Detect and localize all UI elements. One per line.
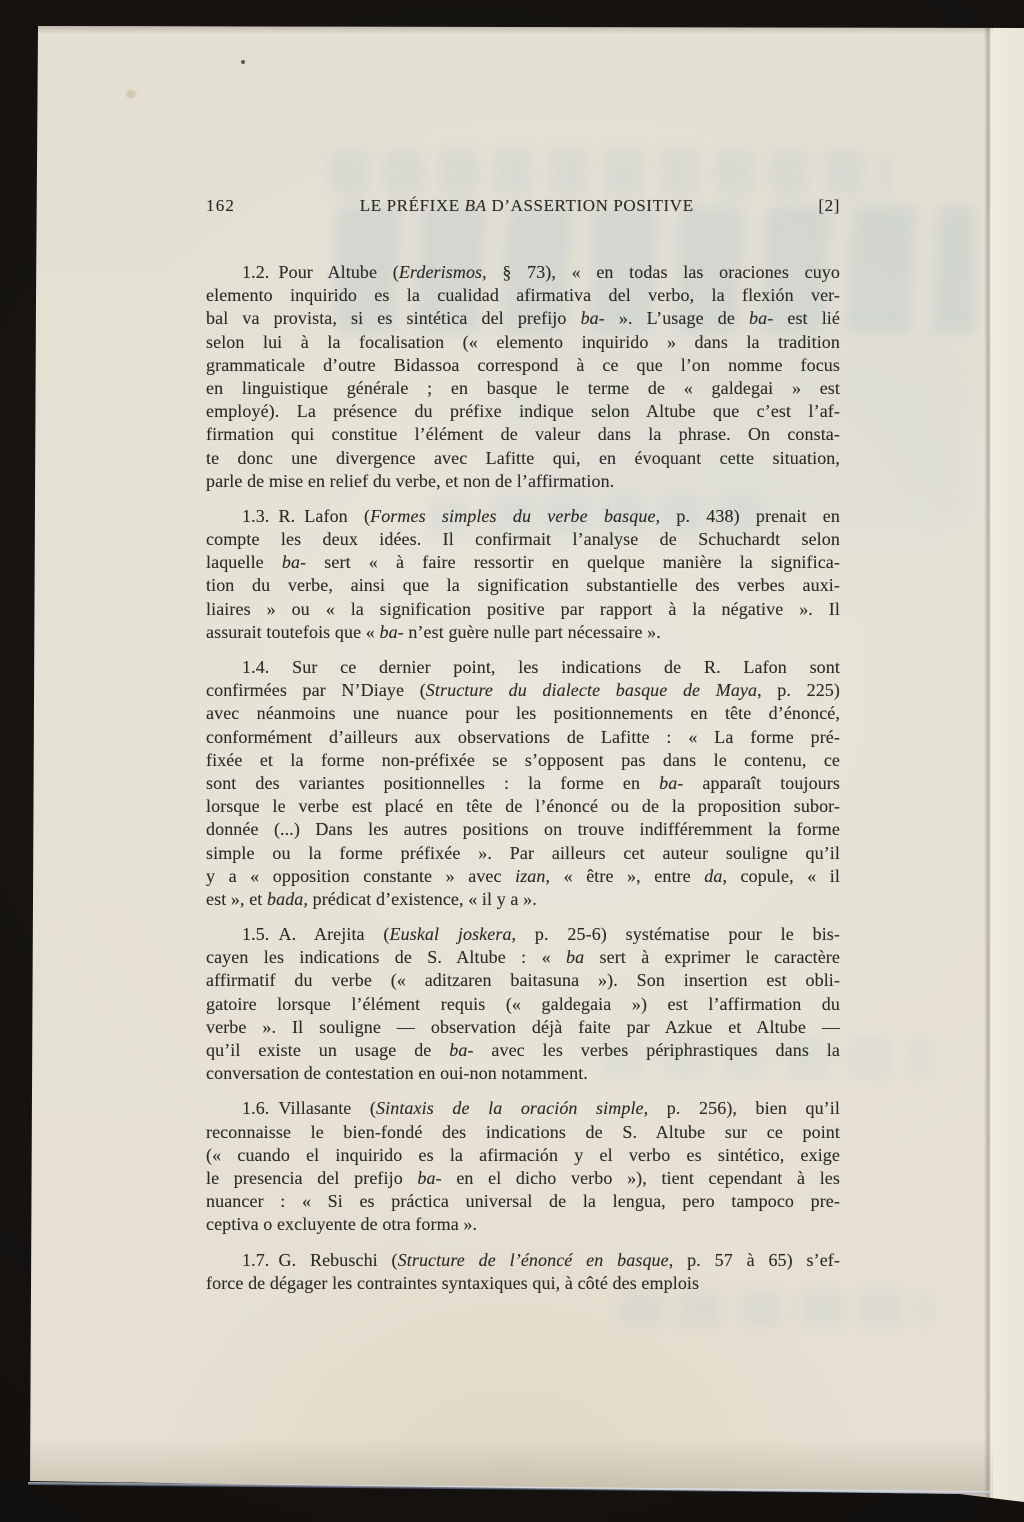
text-line: affirmatif du verbe (« aditzaren baitasu… xyxy=(206,969,840,992)
text-run: conformément d’ailleurs aux observations… xyxy=(206,727,840,747)
text-line: tion du verbe, ainsi que la significatio… xyxy=(206,574,840,597)
text-run: 1.3. R. Lafon ( xyxy=(242,506,370,526)
text-run: , p. 256), bien qu’il xyxy=(644,1098,840,1118)
text-line: verbe ». Il souligne — observation déjà … xyxy=(206,1016,840,1039)
italic-text: bada, xyxy=(267,889,308,909)
text-run: employé). La présence du préfixe indique… xyxy=(206,401,840,421)
italic-text: Structure du dialecte basque de Maya xyxy=(426,680,757,700)
text-line: laquelle ba- sert « à faire ressortir en… xyxy=(206,551,840,574)
text-run: ceptiva o excluyente de otra forma ». xyxy=(206,1214,477,1234)
italic-text: ba- xyxy=(659,773,683,793)
page-number: 162 xyxy=(206,196,235,216)
text-run: ». L’usage de xyxy=(605,308,749,328)
text-run: n’est guère nulle part nécessaire ». xyxy=(404,622,661,642)
paragraph-1-6: 1.6. Villasante (Sintaxis de la oración … xyxy=(206,1097,840,1236)
text-run: nuancer : « Si es práctica universal de … xyxy=(206,1191,840,1211)
text-run: elemento inquirido es la cualidad afirma… xyxy=(206,285,840,305)
text-run: 1.4. Sur ce dernier point, les indicatio… xyxy=(242,657,840,677)
text-line: gatoire lorsque l’élément requis (« gald… xyxy=(206,993,840,1016)
text-line: te donc une divergence avec Lafitte qui,… xyxy=(206,447,840,470)
text-run: 1.6. Villasante ( xyxy=(242,1098,376,1118)
text-run: apparaît toujours xyxy=(683,773,840,793)
text-run: en el dicho verbo »), tient cependant à … xyxy=(442,1168,840,1188)
next-page-edge xyxy=(993,27,1024,1501)
italic-text: Formes simples du verbe basque xyxy=(370,506,655,526)
italic-text: Euskal joskera, xyxy=(390,924,517,944)
text-run: est lié xyxy=(773,308,840,328)
running-title: LE PRÉFIXE BA D’ASSERTION POSITIVE xyxy=(360,196,694,216)
bleed-through-ghost xyxy=(620,1290,930,1328)
text-run: prédicat d’existence, « il y a ». xyxy=(308,889,537,909)
text-line: 1.4. Sur ce dernier point, les indicatio… xyxy=(206,656,840,679)
text-line: parle de mise en relief du verbe, et non… xyxy=(206,470,840,493)
text-run: sert à exprimer le caractère xyxy=(584,947,840,967)
italic-text: da xyxy=(704,866,722,886)
text-line: y a « opposition constante » avec izan, … xyxy=(206,865,840,888)
text-run: reconnaisse le bien-fondé des indication… xyxy=(206,1122,840,1142)
text-run: fixée et la forme non-préfixée se s’oppo… xyxy=(206,750,840,770)
text-line: 1.5. A. Arejita (Euskal joskera, p. 25-6… xyxy=(206,923,840,946)
text-line: firmation qui constitue l’élément de val… xyxy=(206,423,840,446)
text-line: confirmées par N’Diaye (Structure du dia… xyxy=(206,679,840,702)
text-run: en linguistique générale ; en basque le … xyxy=(206,378,840,398)
text-run: sert « à faire ressortir en quelque mani… xyxy=(306,552,840,572)
text-run: avec les verbes périphrastiques dans la xyxy=(474,1040,840,1060)
text-run: p. 25-6) systématise pour le bis- xyxy=(516,924,840,944)
text-line: 1.7. G. Rebuschi (Structure de l’énoncé … xyxy=(206,1249,840,1272)
text-line: donnée (...) Dans les autres positions o… xyxy=(206,818,840,841)
text-line: 1.6. Villasante (Sintaxis de la oración … xyxy=(206,1097,840,1120)
text-run: 1.2. Pour Altube ( xyxy=(242,262,399,282)
printed-content: 162 LE PRÉFIXE BA D’ASSERTION POSITIVE [… xyxy=(206,196,840,1295)
text-line: le presencia del prefijo ba- en el dicho… xyxy=(206,1167,840,1190)
text-run: bal va provista, si es sintética del pre… xyxy=(206,308,581,328)
text-run: , § 73), « en todas las oraciones cuyo xyxy=(482,262,840,282)
text-line: simple ou la forme préfixée ». Par aille… xyxy=(206,842,840,865)
text-run: firmation qui constitue l’élément de val… xyxy=(206,424,840,444)
text-run: liaires » ou « la signification positive… xyxy=(206,599,840,619)
text-run: selon lui à la focalisation (« elemento … xyxy=(206,332,840,352)
text-line: est », et bada, prédicat d’existence, « … xyxy=(206,888,840,911)
text-line: employé). La présence du préfixe indique… xyxy=(206,400,840,423)
text-run: grammaticale d’outre Bidassoa correspond… xyxy=(206,355,840,375)
text-run: laquelle xyxy=(206,552,282,572)
text-line: elemento inquirido es la cualidad afirma… xyxy=(206,284,840,307)
text-run: 1.7. G. Rebuschi ( xyxy=(242,1250,398,1270)
italic-text: Sintaxis de la oración simple xyxy=(376,1098,644,1118)
text-run: donnée (...) Dans les autres positions o… xyxy=(206,819,840,839)
bleed-through-ghost xyxy=(330,150,890,196)
text-run: compte les deux idées. Il confirmait l’a… xyxy=(206,529,840,549)
text-line: cayen les indications de S. Altube : « b… xyxy=(206,946,840,969)
italic-text: ba- xyxy=(417,1168,441,1188)
text-run: LE PRÉFIXE xyxy=(360,196,465,215)
text-run: (« cuando el inquirido es la afirmación … xyxy=(206,1145,840,1165)
text-run: conversation de contestation en oui-non … xyxy=(206,1063,588,1083)
text-run: verbe ». Il souligne — observation déjà … xyxy=(206,1017,840,1037)
text-line: lorsque le verbe est placé en tête de l’… xyxy=(206,795,840,818)
text-run: 1.5. A. Arejita ( xyxy=(242,924,390,944)
text-line: force de dégager les contraintes syntaxi… xyxy=(206,1272,840,1295)
text-run: tion du verbe, ainsi que la significatio… xyxy=(206,575,840,595)
paragraph-1-2: 1.2. Pour Altube (Erderismos, § 73), « e… xyxy=(206,261,840,493)
italic-text: ba- xyxy=(282,552,306,572)
text-run: cayen les indications de S. Altube : « xyxy=(206,947,566,967)
text-line: nuancer : « Si es práctica universal de … xyxy=(206,1190,840,1213)
italic-text: Structure de l’énoncé en basque xyxy=(398,1250,669,1270)
italic-text: ba- xyxy=(379,622,403,642)
text-run: assurait toutefois que « xyxy=(206,622,379,642)
text-line: grammaticale d’outre Bidassoa correspond… xyxy=(206,354,840,377)
page-crease xyxy=(984,27,994,1498)
text-line: qu’il existe un usage de ba- avec les ve… xyxy=(206,1039,840,1062)
scan-speck xyxy=(241,60,245,64)
paragraph-1-3: 1.3. R. Lafon (Formes simples du verbe b… xyxy=(206,505,840,644)
book-page: 162 LE PRÉFIXE BA D’ASSERTION POSITIVE [… xyxy=(0,0,1024,1522)
text-line: conversation de contestation en oui-non … xyxy=(206,1062,840,1085)
text-line: compte les deux idées. Il confirmait l’a… xyxy=(206,528,840,551)
text-run: sont des variantes positionnelles : la f… xyxy=(206,773,659,793)
paragraph-1-7: 1.7. G. Rebuschi (Structure de l’énoncé … xyxy=(206,1249,840,1295)
italic-text: ba xyxy=(566,947,584,967)
text-run: parle de mise en relief du verbe, et non… xyxy=(206,471,614,491)
text-run: lorsque le verbe est placé en tête de l’… xyxy=(206,796,840,816)
text-run: est », et xyxy=(206,889,267,909)
text-run: « être », entre xyxy=(550,866,704,886)
text-run: te donc une divergence avec Lafitte qui,… xyxy=(206,448,840,468)
text-line: liaires » ou « la signification positive… xyxy=(206,598,840,621)
italic-text: Erderismos xyxy=(399,262,482,282)
text-run: force de dégager les contraintes syntaxi… xyxy=(206,1273,699,1293)
text-run: simple ou la forme préfixée ». Par aille… xyxy=(206,843,840,863)
text-line: 1.3. R. Lafon (Formes simples du verbe b… xyxy=(206,505,840,528)
text-run: , p. 225) xyxy=(757,680,840,700)
text-line: assurait toutefois que « ba- n’est guère… xyxy=(206,621,840,644)
text-line: en linguistique générale ; en basque le … xyxy=(206,377,840,400)
italic-text: ba- xyxy=(449,1040,473,1060)
page-body: 1.2. Pour Altube (Erderismos, § 73), « e… xyxy=(206,261,840,1295)
text-line: reconnaisse le bien-fondé des indication… xyxy=(206,1121,840,1144)
text-line: conformément d’ailleurs aux observations… xyxy=(206,726,840,749)
text-run: D’ASSERTION POSITIVE xyxy=(487,196,694,215)
scan-stain xyxy=(126,90,136,98)
italic-text: BA xyxy=(465,196,487,215)
text-line: avec néanmoins une nuance pour les posit… xyxy=(206,702,840,725)
text-line: selon lui à la focalisation (« elemento … xyxy=(206,331,840,354)
text-run: qu’il existe un usage de xyxy=(206,1040,449,1060)
italic-text: izan, xyxy=(515,866,550,886)
text-run: avec néanmoins une nuance pour les posit… xyxy=(206,703,840,723)
text-line: fixée et la forme non-préfixée se s’oppo… xyxy=(206,749,840,772)
text-run: affirmatif du verbe (« aditzaren baitasu… xyxy=(206,970,840,990)
page-header: 162 LE PRÉFIXE BA D’ASSERTION POSITIVE [… xyxy=(206,196,840,218)
italic-text: ba- xyxy=(749,308,773,328)
scan-background: 162 LE PRÉFIXE BA D’ASSERTION POSITIVE [… xyxy=(0,0,1024,1522)
text-run: , p. 57 à 65) s’ef- xyxy=(669,1250,840,1270)
issue-marker: [2] xyxy=(818,196,840,216)
text-line: sont des variantes positionnelles : la f… xyxy=(206,772,840,795)
page-top-shadow xyxy=(30,24,1024,34)
text-run: le presencia del prefijo xyxy=(206,1168,417,1188)
text-run: , p. 438) prenait en xyxy=(656,506,840,526)
page-left-shadow xyxy=(0,0,46,1522)
text-run: confirmées par N’Diaye ( xyxy=(206,680,426,700)
text-line: (« cuando el inquirido es la afirmación … xyxy=(206,1144,840,1167)
italic-text: ba- xyxy=(581,308,605,328)
paragraph-1-5: 1.5. A. Arejita (Euskal joskera, p. 25-6… xyxy=(206,923,840,1085)
text-run: y a « opposition constante » avec xyxy=(206,866,515,886)
text-line: ceptiva o excluyente de otra forma ». xyxy=(206,1213,840,1236)
text-run: gatoire lorsque l’élément requis (« gald… xyxy=(206,994,840,1014)
text-run: , copule, « il xyxy=(722,866,840,886)
text-line: 1.2. Pour Altube (Erderismos, § 73), « e… xyxy=(206,261,840,284)
paragraph-1-4: 1.4. Sur ce dernier point, les indicatio… xyxy=(206,656,840,911)
text-line: bal va provista, si es sintética del pre… xyxy=(206,307,840,330)
